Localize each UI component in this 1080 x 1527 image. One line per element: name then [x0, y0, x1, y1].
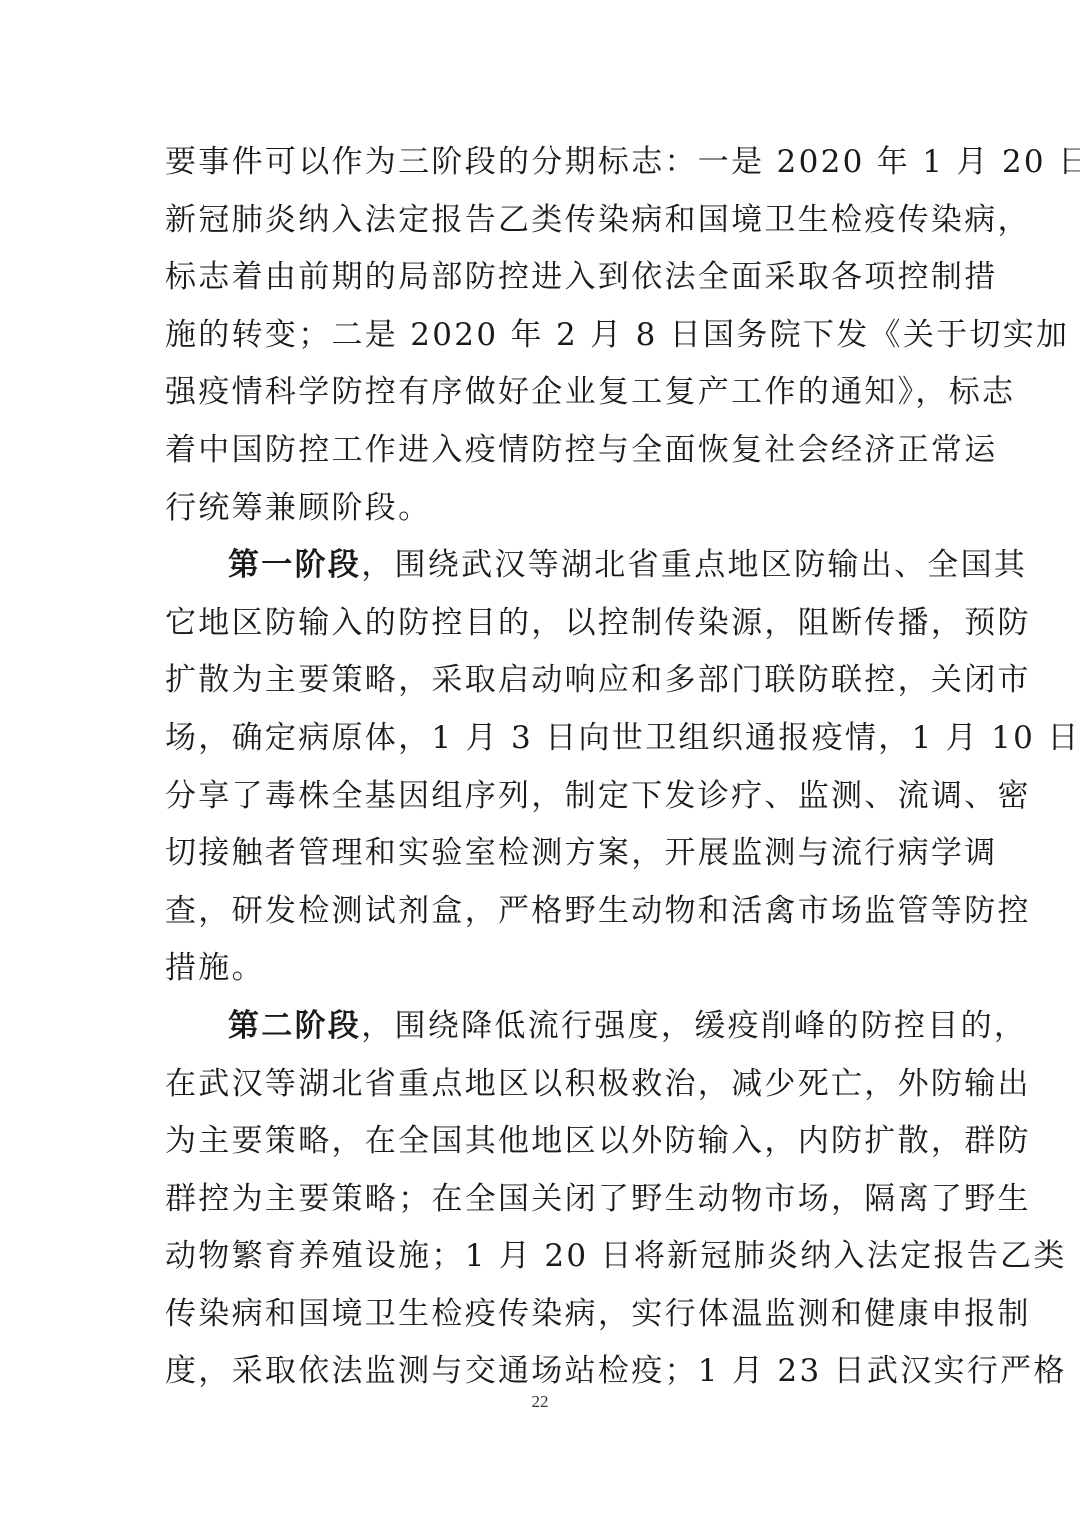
text-line: 行统筹兼顾阶段。 — [165, 480, 917, 538]
text-line: 强疫情科学防控有序做好企业复工复产工作的通知》，标志 — [165, 364, 917, 422]
stage-two-heading: 第二阶段 — [228, 1008, 361, 1044]
text-line: 标志着由前期的局部防控进入到依法全面采取各项控制措 — [165, 249, 917, 307]
text-line-first: 第二阶段，围绕降低流行强度，缓疫削峰的防控目的， — [165, 998, 917, 1056]
text-line: 动物繁育养殖设施；1 月 20 日将新冠肺炎纳入法定报告乙类 — [165, 1228, 917, 1286]
text-line: 群控为主要策略；在全国关闭了野生动物市场，隔离了野生 — [165, 1171, 917, 1229]
text-line: 为主要策略，在全国其他地区以外防输入，内防扩散，群防 — [165, 1113, 917, 1171]
text-line: 施的转变；二是 2020 年 2 月 8 日国务院下发《关于切实加 — [165, 307, 917, 365]
text-line: 场，确定病原体，1 月 3 日向世卫组织通报疫情，1 月 10 日 — [165, 710, 917, 768]
text-line-first: 第一阶段，围绕武汉等湖北省重点地区防输出、全国其 — [165, 537, 917, 595]
text-run: ，围绕武汉等湖北省重点地区防输出、全国其 — [361, 547, 1027, 583]
text-line: 扩散为主要策略，采取启动响应和多部门联防联控，关闭市 — [165, 652, 917, 710]
text-line: 措施。 — [165, 940, 917, 998]
text-line: 它地区防输入的防控目的，以控制传染源，阻断传播，预防 — [165, 595, 917, 653]
text-line: 切接触者管理和实验室检测方案，开展监测与流行病学调 — [165, 825, 917, 883]
text-line: 要事件可以作为三阶段的分期标志：一是 2020 年 1 月 20 日 — [165, 134, 917, 192]
paragraph-stage-two: 第二阶段，围绕降低流行强度，缓疫削峰的防控目的， 在武汉等湖北省重点地区以积极救… — [165, 998, 917, 1401]
document-page: 要事件可以作为三阶段的分期标志：一是 2020 年 1 月 20 日 新冠肺炎纳… — [165, 134, 917, 1401]
paragraph-stage-one: 第一阶段，围绕武汉等湖北省重点地区防输出、全国其 它地区防输入的防控目的，以控制… — [165, 537, 917, 998]
paragraph-stage-markers: 要事件可以作为三阶段的分期标志：一是 2020 年 1 月 20 日 新冠肺炎纳… — [165, 134, 917, 537]
page-number: 22 — [0, 1392, 1080, 1412]
text-line: 新冠肺炎纳入法定报告乙类传染病和国境卫生检疫传染病， — [165, 192, 917, 250]
stage-one-heading: 第一阶段 — [228, 547, 361, 583]
text-line: 着中国防控工作进入疫情防控与全面恢复社会经济正常运 — [165, 422, 917, 480]
text-run: ，围绕降低流行强度，缓疫削峰的防控目的， — [361, 1008, 1027, 1044]
text-line: 查，研发检测试剂盒，严格野生动物和活禽市场监管等防控 — [165, 883, 917, 941]
text-line: 在武汉等湖北省重点地区以积极救治，减少死亡，外防输出 — [165, 1056, 917, 1114]
text-line: 分享了毒株全基因组序列，制定下发诊疗、监测、流调、密 — [165, 768, 917, 826]
text-line: 传染病和国境卫生检疫传染病，实行体温监测和健康申报制 — [165, 1286, 917, 1344]
